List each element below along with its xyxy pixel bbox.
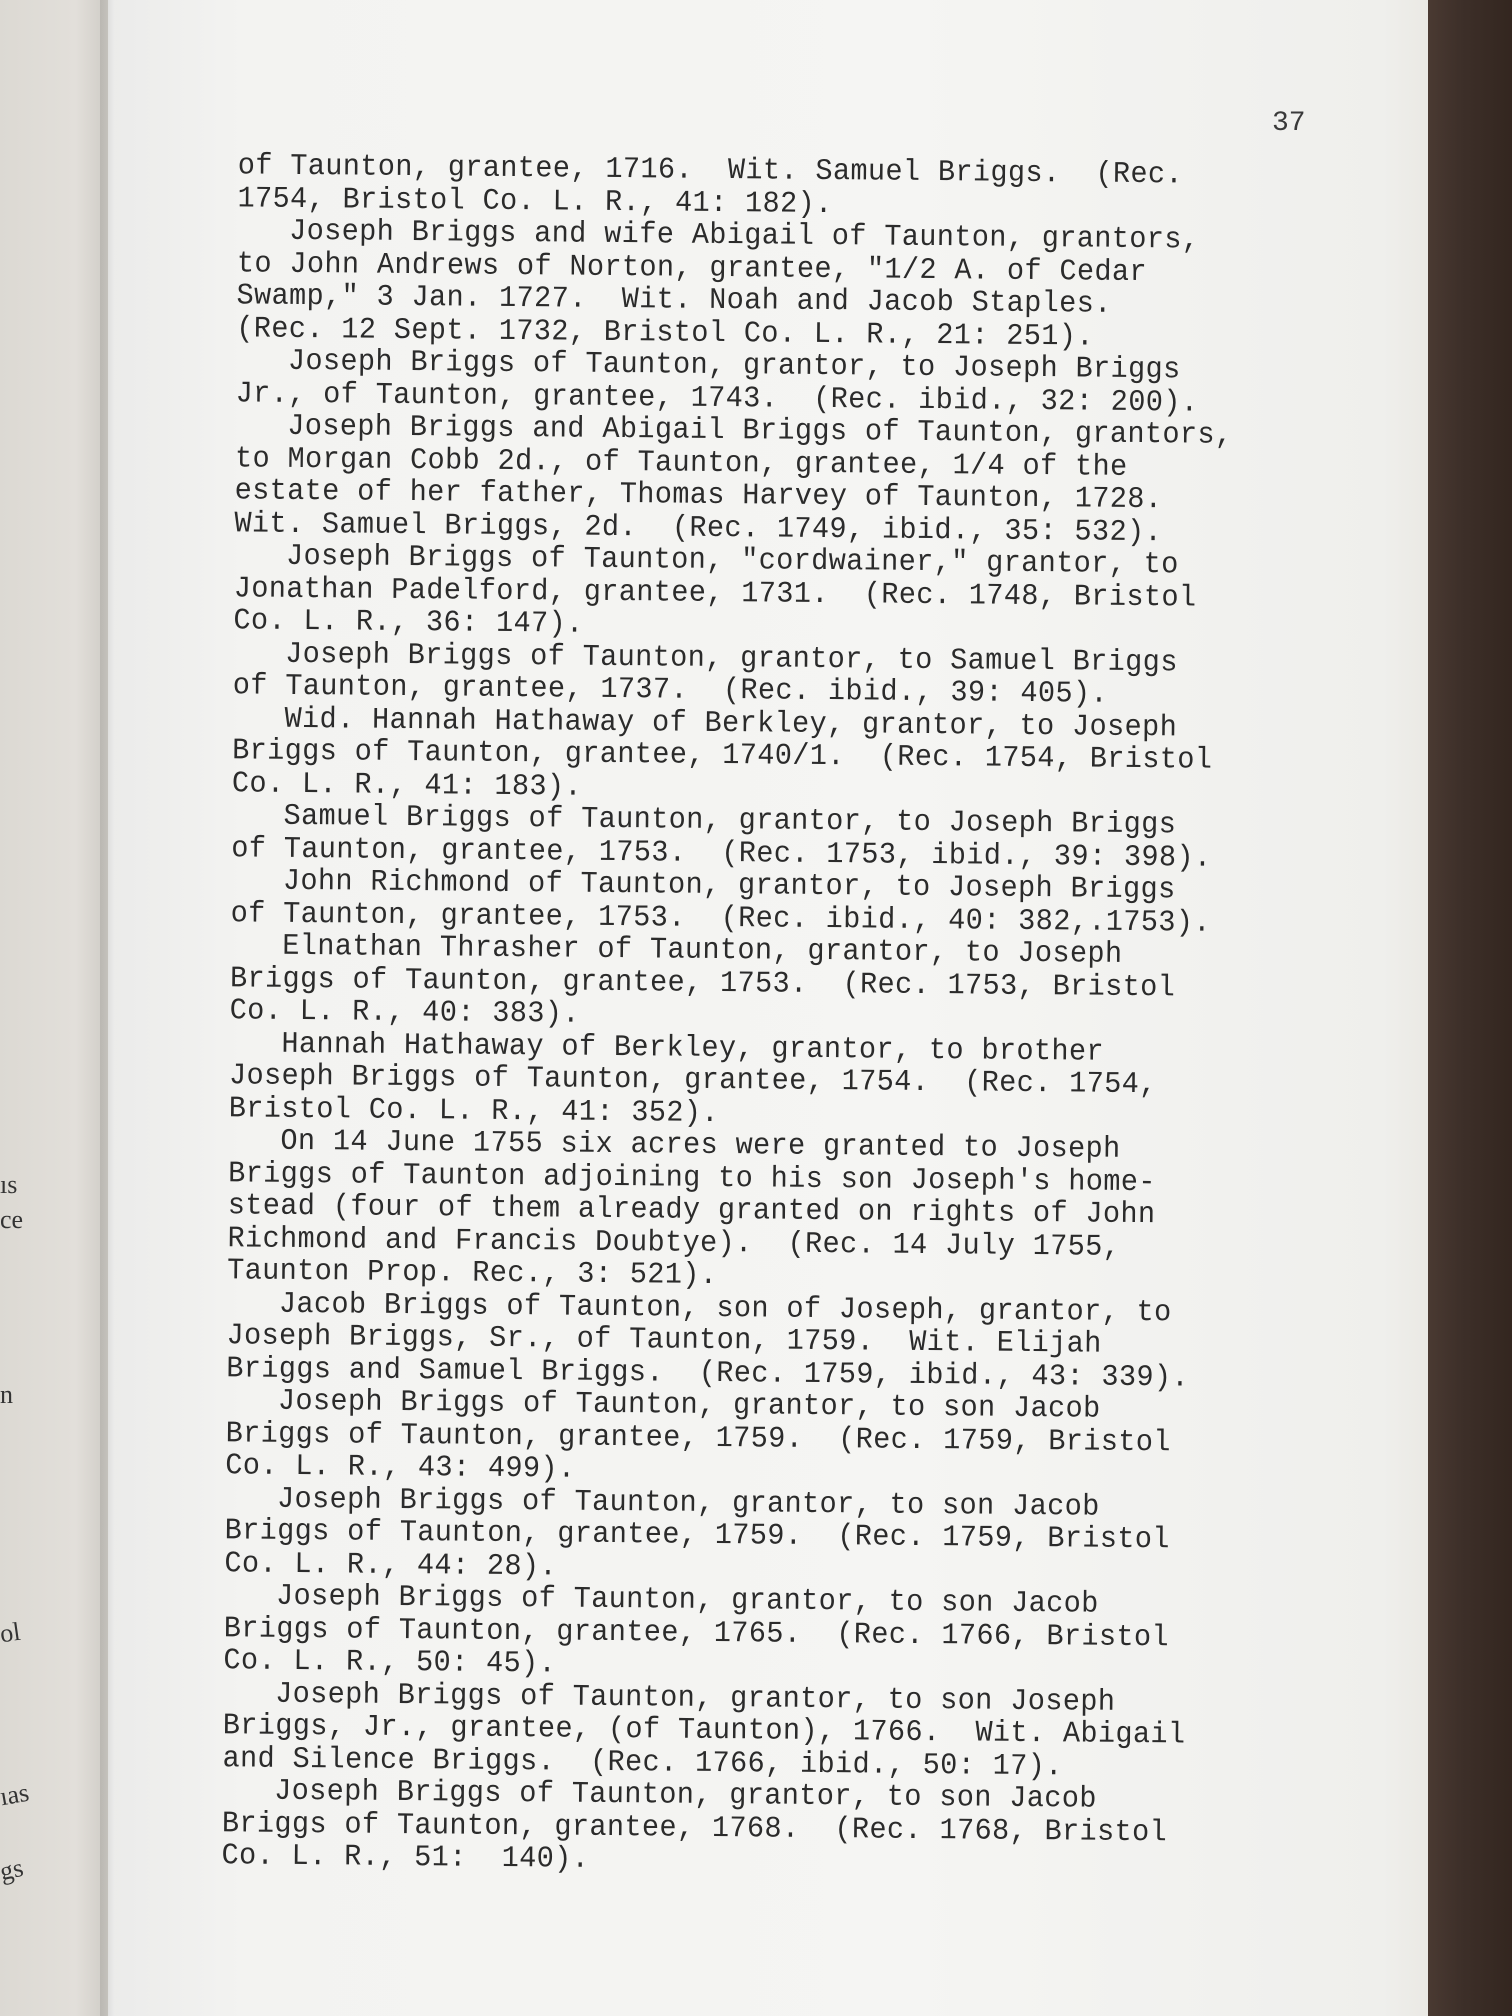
page-body-text: of Taunton, grantee, 1716. Wit. Samuel B… bbox=[221, 150, 1387, 1883]
left-page-fragment: ce bbox=[0, 1205, 23, 1235]
facing-left-page: ıs ce n ol ıas gs bbox=[0, 0, 108, 2016]
left-page-fragment: ol bbox=[0, 1617, 22, 1650]
left-page-fragment: gs bbox=[0, 1853, 26, 1887]
gutter-shadow bbox=[100, 0, 114, 2016]
desk-surface bbox=[1428, 0, 1512, 2016]
left-page-fragment: ıs bbox=[0, 1170, 17, 1200]
page-number: 37 bbox=[1272, 108, 1306, 139]
left-page-fragment: n bbox=[0, 1380, 13, 1410]
left-page-fragment: ıas bbox=[0, 1778, 31, 1813]
